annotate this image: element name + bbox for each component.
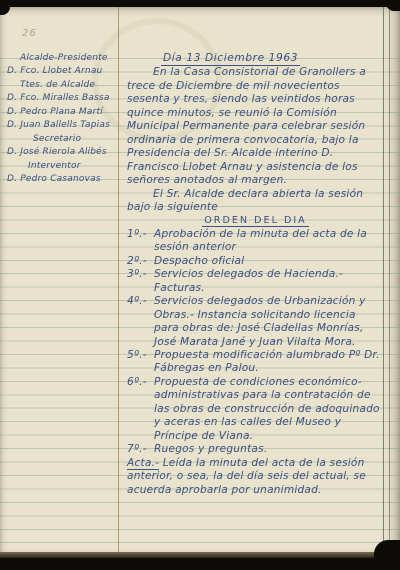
attendee-name: D. José Rierola Alibés: [7, 146, 118, 159]
declaration-paragraph: El Sr. Alcalde declara abierta la sesión…: [127, 188, 384, 215]
attendee-name: D. Fco. Miralles Bassa: [7, 92, 118, 105]
attendee-name: D. Fco. Llobet Arnau: [7, 65, 118, 78]
agenda-item-text: Servicios delegados de Hacienda.- Factur…: [154, 268, 384, 295]
agenda-item: 4º.- Servicios delegados de Urbanización…: [127, 295, 384, 349]
agenda-item: 3º.- Servicios delegados de Hacienda.- F…: [127, 268, 384, 295]
attendee-role: Secretario: [7, 133, 118, 146]
agenda-item-text: Propuesta de condiciones económico-admin…: [154, 376, 384, 443]
left-margin-rule: [118, 6, 119, 558]
attendee-name: D. Pedro Casanovas: [7, 173, 118, 186]
agenda-item-number: 4º.-: [127, 295, 154, 349]
agenda-title-line: ORDEN DEL DIA: [127, 214, 384, 227]
attendee-role: Ttes. de Alcalde: [7, 79, 118, 92]
pencil-page-number: 26: [22, 28, 37, 39]
agenda-item-number: 6º.-: [127, 376, 154, 443]
margin-attendees-list: Alcalde-Presidente D. Fco. Llobet Arnau …: [7, 52, 118, 187]
date-header: Día 13 Diciembre 1963: [161, 52, 300, 66]
agenda-item-text: Servicios delegados de Urbanización y Ob…: [154, 295, 384, 349]
right-margin-rule-2: [389, 6, 390, 558]
photo-top-edge: [0, 0, 400, 7]
agenda-title: ORDEN DEL DIA: [202, 215, 309, 227]
minutes-body: Día 13 Diciembre 1963 En la Casa Consist…: [127, 52, 384, 497]
notebook-page: 26 Alcalde-Presidente D. Fco. Llobet Arn…: [0, 6, 400, 558]
agenda-item-text: Propuesta modificación alumbrado Pº Dr. …: [154, 349, 384, 376]
opening-paragraph: En la Casa Consistorial de Granollers a …: [127, 66, 384, 187]
attendee-role: Interventor: [7, 160, 118, 173]
date-header-line: Día 13 Diciembre 1963: [127, 52, 384, 66]
agenda-item-number: 5º.-: [127, 349, 154, 376]
agenda-item-number: 3º.-: [127, 268, 154, 295]
agenda-item: 7º.- Ruegos y preguntas.: [127, 443, 384, 456]
agenda-item: 5º.- Propuesta modificación alumbrado Pº…: [127, 349, 384, 376]
scanned-minutes-photo: 26 Alcalde-Presidente D. Fco. Llobet Arn…: [0, 0, 400, 570]
agenda-item-number: 7º.-: [127, 443, 154, 456]
attendee-role: Alcalde-Presidente: [7, 52, 118, 65]
agenda-item-text: Aprobación de la minuta del acta de la s…: [154, 228, 384, 255]
agenda-item: 2º.- Despacho oficial: [127, 255, 384, 268]
acta-paragraph: Acta.- Leída la minuta del acta de la se…: [127, 457, 384, 497]
photo-corner-bottom-right: [374, 540, 400, 570]
attendee-name: D. Juan Ballells Tapias: [7, 119, 118, 132]
agenda-item-number: 2º.-: [127, 255, 154, 268]
agenda-item: 1º.- Aprobación de la minuta del acta de…: [127, 228, 384, 255]
acta-label: Acta.-: [127, 457, 159, 470]
agenda-item-text: Despacho oficial: [154, 255, 384, 268]
agenda-item-text: Ruegos y preguntas.: [154, 443, 384, 456]
agenda-item: 6º.- Propuesta de condiciones económico-…: [127, 376, 384, 443]
attendee-name: D. Pedro Plana Martí: [7, 106, 118, 119]
photo-bottom-edge: [0, 558, 400, 570]
acta-text: Leída la minuta del acta de la sesión an…: [127, 457, 366, 496]
agenda-item-number: 1º.-: [127, 228, 154, 255]
